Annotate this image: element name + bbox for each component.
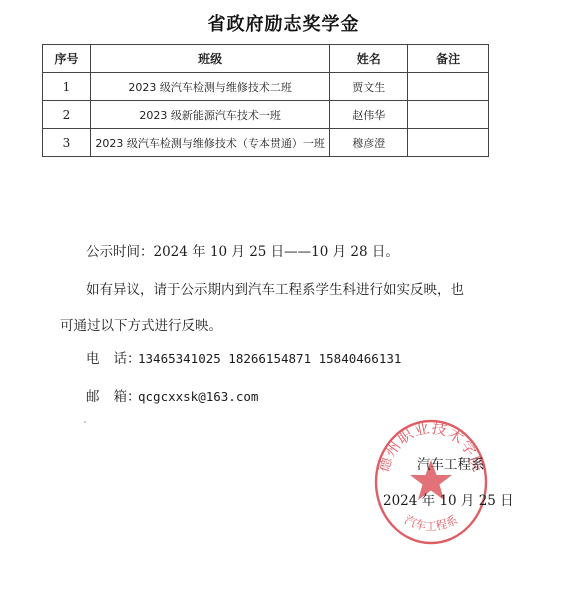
header-note: 备注 [408, 45, 489, 73]
email-label: 邮箱： [86, 385, 138, 405]
scan-speck [84, 421, 86, 423]
cell-name: 赵伟华 [330, 101, 408, 129]
cell-note [408, 129, 489, 157]
objection-text-line1: 如有异议，请于公示期内到汽车工程系学生科进行如实反映，也 [86, 278, 464, 298]
email-address: qcgcxxsk@163.com [138, 389, 258, 404]
cell-class: 2023 级汽车检测与维修技术二班 [90, 73, 329, 101]
table-row: 1 2023 级汽车检测与维修技术二班 贾文生 [43, 73, 489, 101]
cell-name: 穆彦澄 [330, 129, 408, 157]
cell-name: 贾文生 [330, 73, 408, 101]
phone-label: 电话： [86, 347, 138, 367]
signature-department: 汽车工程系 [417, 453, 485, 473]
cell-note [408, 101, 489, 129]
cell-no: 1 [43, 73, 91, 101]
notice-period: 公示时间：2024 年 10 月 25 日——10 月 28 日。 [86, 240, 399, 260]
table-row: 2 2023 级新能源汽车技术一班 赵伟华 [43, 101, 489, 129]
scholarship-table: 序号 班级 姓名 备注 1 2023 级汽车检测与维修技术二班 贾文生 2 20… [42, 44, 489, 157]
cell-class: 2023 级新能源汽车技术一班 [90, 101, 329, 129]
cell-class: 2023 级汽车检测与维修技术（专本贯通）一班 [90, 129, 329, 157]
document-title: 省政府励志奖学金 [0, 10, 567, 36]
table-row: 3 2023 级汽车检测与维修技术（专本贯通）一班 穆彦澄 [43, 129, 489, 157]
header-name: 姓名 [330, 45, 408, 73]
contact-email: 邮箱：qcgcxxsk@163.com [86, 385, 258, 405]
header-no: 序号 [43, 45, 91, 73]
cell-no: 3 [43, 129, 91, 157]
cell-note [408, 73, 489, 101]
signature-date: 2024 年 10 月 25 日 [383, 489, 514, 509]
objection-text-line2: 可通过以下方式进行反映。 [60, 314, 222, 334]
phone-numbers: 13465341025 18266154871 15840466131 [138, 351, 401, 366]
seal-bottom-text: 汽车工程系 [402, 512, 460, 533]
table-header-row: 序号 班级 姓名 备注 [43, 45, 489, 73]
header-class: 班级 [90, 45, 329, 73]
contact-phone: 电话：13465341025 18266154871 15840466131 [86, 347, 401, 367]
svg-text:汽车工程系: 汽车工程系 [402, 512, 460, 533]
official-seal-stamp: 德州职业技术学院 汽车工程系 [373, 418, 489, 546]
cell-no: 2 [43, 101, 91, 129]
